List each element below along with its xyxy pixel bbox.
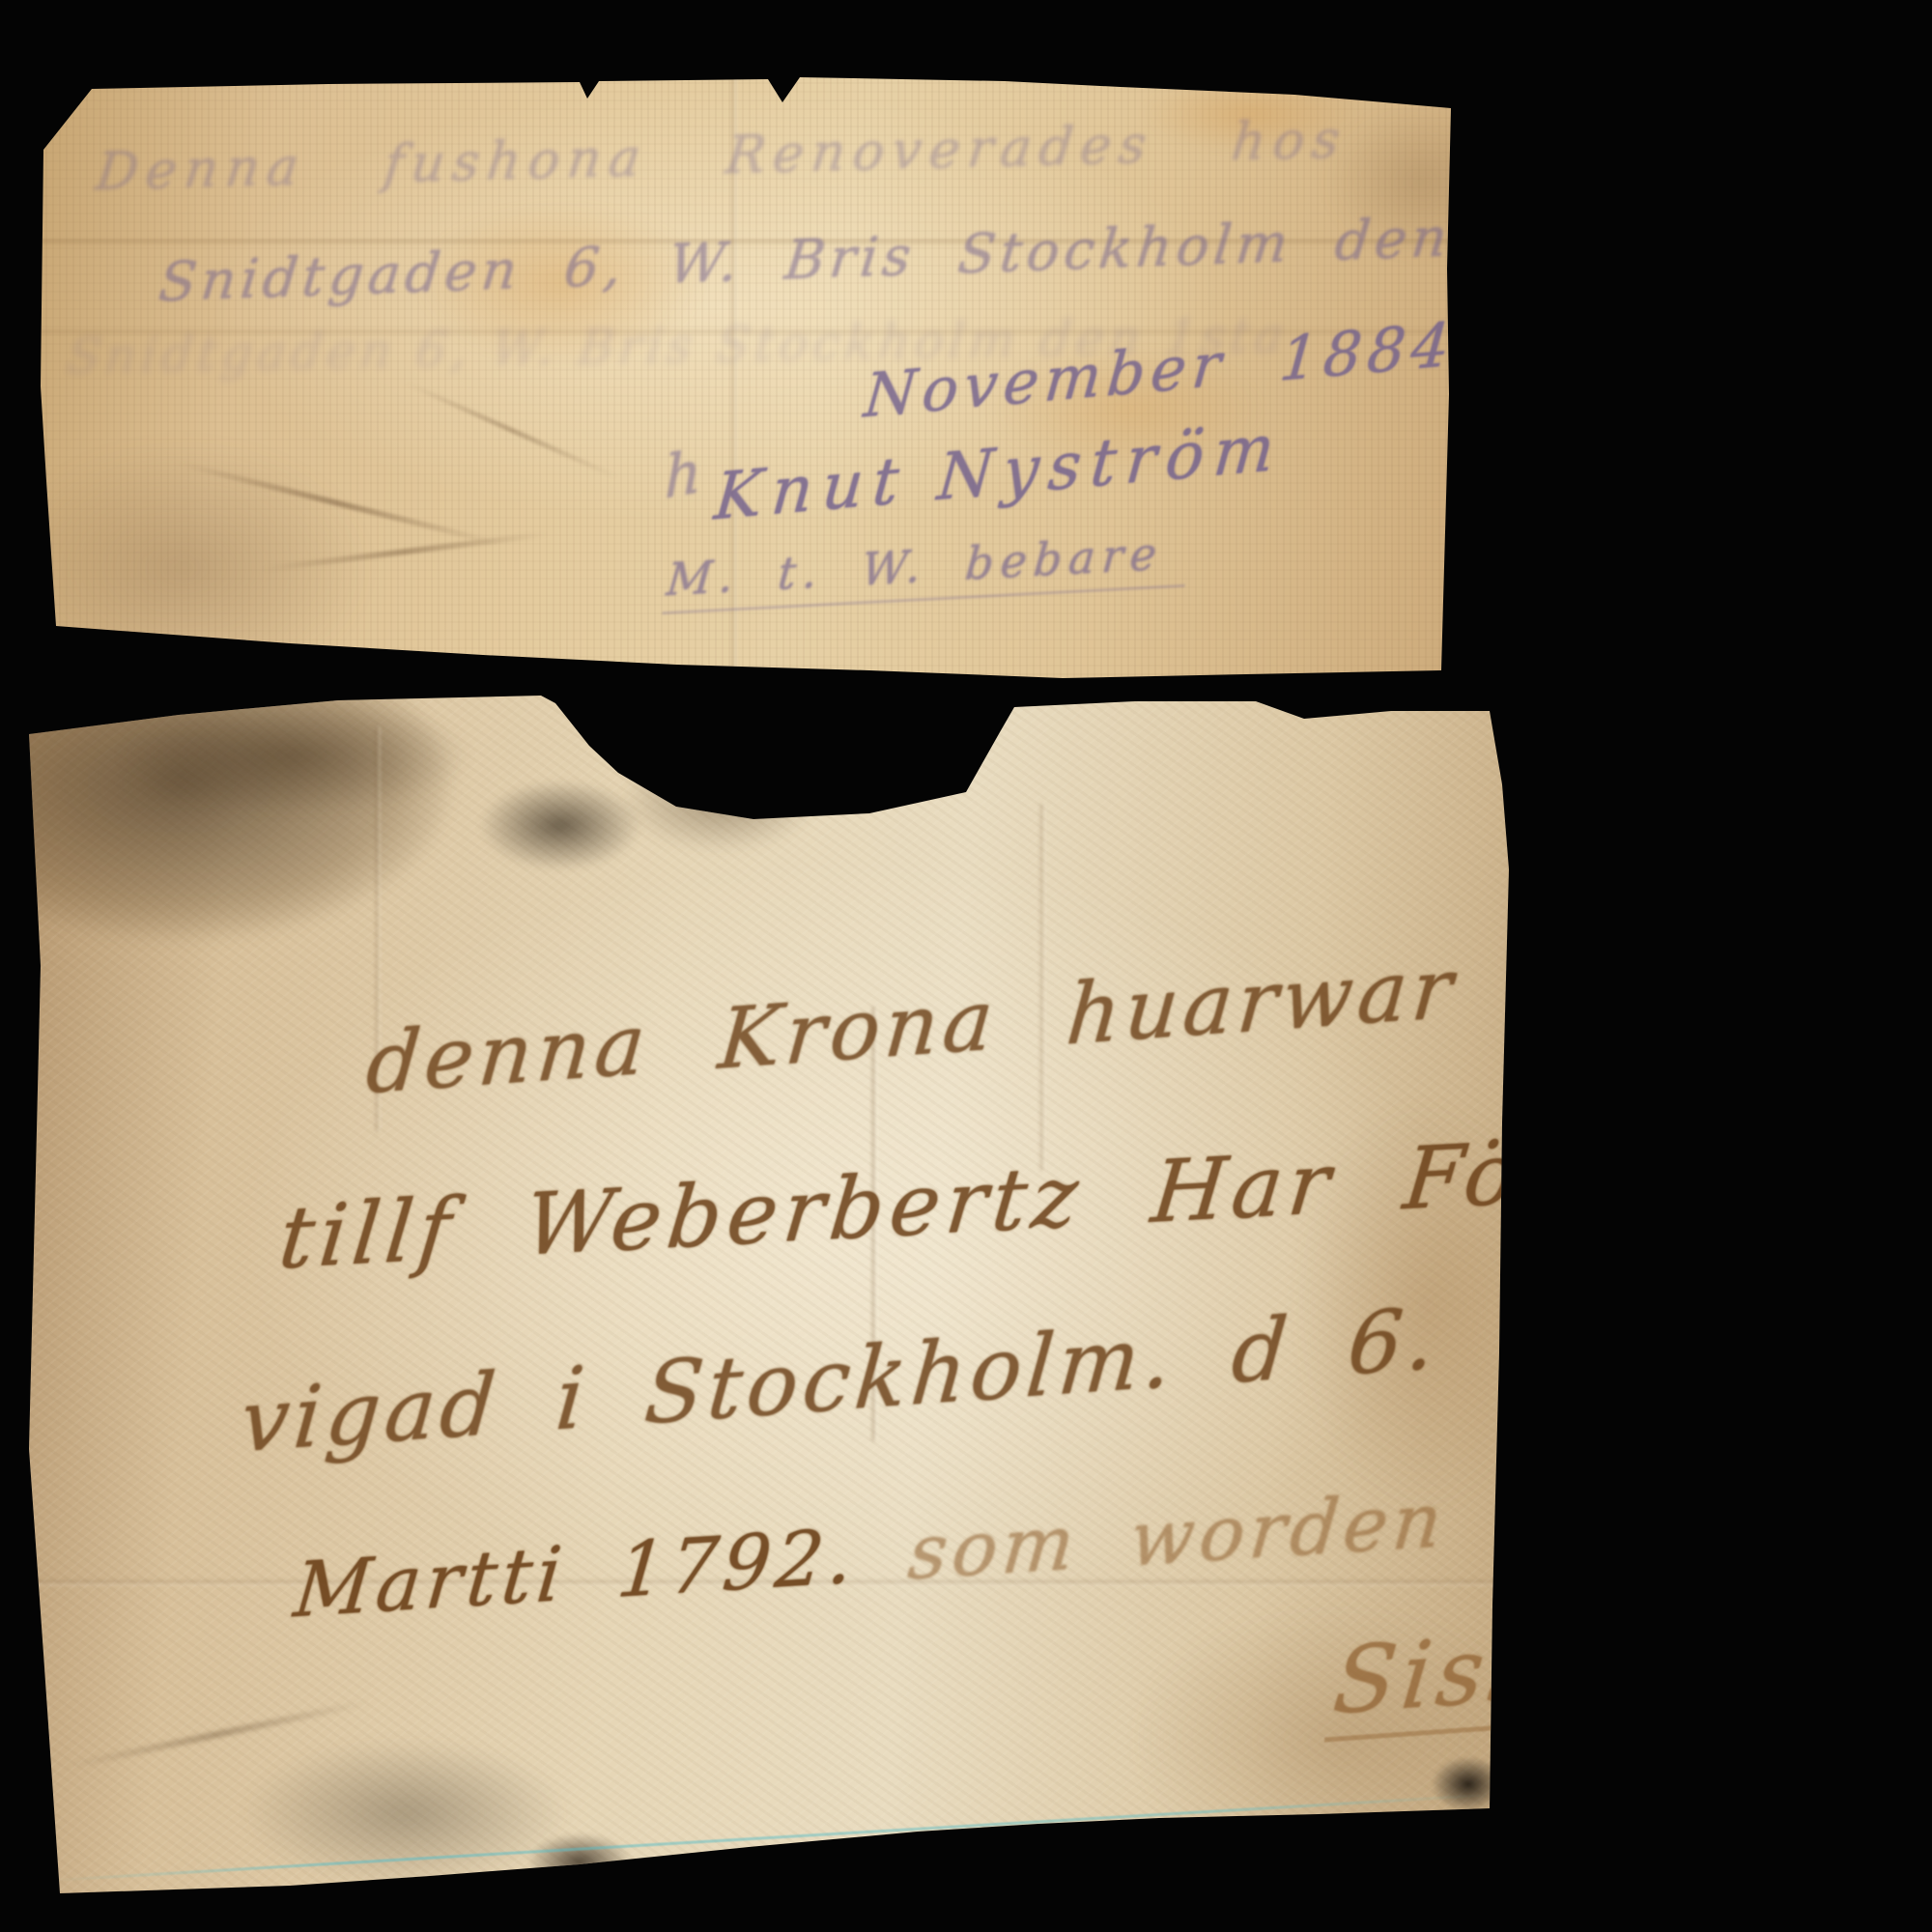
handwriting-line: Denna fushona Renoverades hos bbox=[93, 108, 1350, 202]
pen-mark: h bbox=[665, 438, 701, 513]
stain bbox=[1140, 75, 1362, 153]
handwriting-line: vigad i Stockholm. d 6. bbox=[237, 1288, 1443, 1472]
handwriting-line: denna Krona huarwar jag bbox=[363, 924, 1517, 1113]
stain bbox=[415, 201, 705, 365]
fold-crease bbox=[39, 328, 1454, 335]
stain bbox=[985, 346, 1265, 471]
stain bbox=[24, 688, 449, 939]
stain bbox=[478, 780, 642, 871]
wrinkle bbox=[66, 1699, 369, 1770]
wrinkle bbox=[262, 531, 550, 573]
ink-blot bbox=[1430, 1755, 1507, 1813]
stain bbox=[1135, 1605, 1517, 1876]
fold-crease bbox=[39, 238, 1454, 245]
handwriting-line: Snidtgaden 6, W. Bris Stockholm den 1sta bbox=[156, 200, 1454, 314]
signature: Knut Nyström bbox=[712, 410, 1288, 534]
stain bbox=[526, 1833, 633, 1890]
stain bbox=[39, 442, 367, 684]
fold-crease bbox=[1038, 804, 1047, 1171]
date-text: Martti 1792. bbox=[291, 1513, 862, 1634]
fold-crease bbox=[870, 1007, 879, 1441]
paper-edge-highlight bbox=[53, 1794, 1489, 1882]
faded-text: som worden bbox=[905, 1477, 1451, 1598]
fold-crease bbox=[374, 726, 382, 1132]
handwriting-date-line: Martti 1792. som worden bbox=[291, 1477, 1451, 1635]
handwritten-note-1792: denna Krona huarwar jag tillf Weberbertz… bbox=[24, 688, 1517, 1900]
stain bbox=[623, 746, 816, 852]
stain bbox=[121, 697, 469, 813]
stain bbox=[1299, 1103, 1517, 1509]
stain bbox=[1323, 104, 1454, 259]
ink-bleed-ghost: Snidtgaden 6, W. Bris Stockholm den 1sta bbox=[64, 307, 1292, 384]
handwriting-date-line: November 1884 bbox=[862, 308, 1454, 431]
handwritten-note-1884: Snidtgaden 6, W. Bris Stockholm den 1sta… bbox=[39, 75, 1454, 684]
fold-crease bbox=[24, 1578, 1517, 1587]
signature: Sissa bbox=[1324, 1607, 1517, 1743]
photograph-background: Snidtgaden 6, W. Bris Stockholm den 1sta… bbox=[0, 0, 1932, 1932]
fold-crease bbox=[730, 75, 738, 684]
wrinkle bbox=[178, 461, 497, 546]
signature-title-line: M. t. W. bebare bbox=[662, 526, 1190, 614]
handwriting-line: tillf Weberbertz Har För bbox=[275, 1121, 1517, 1289]
wrinkle bbox=[405, 381, 618, 479]
